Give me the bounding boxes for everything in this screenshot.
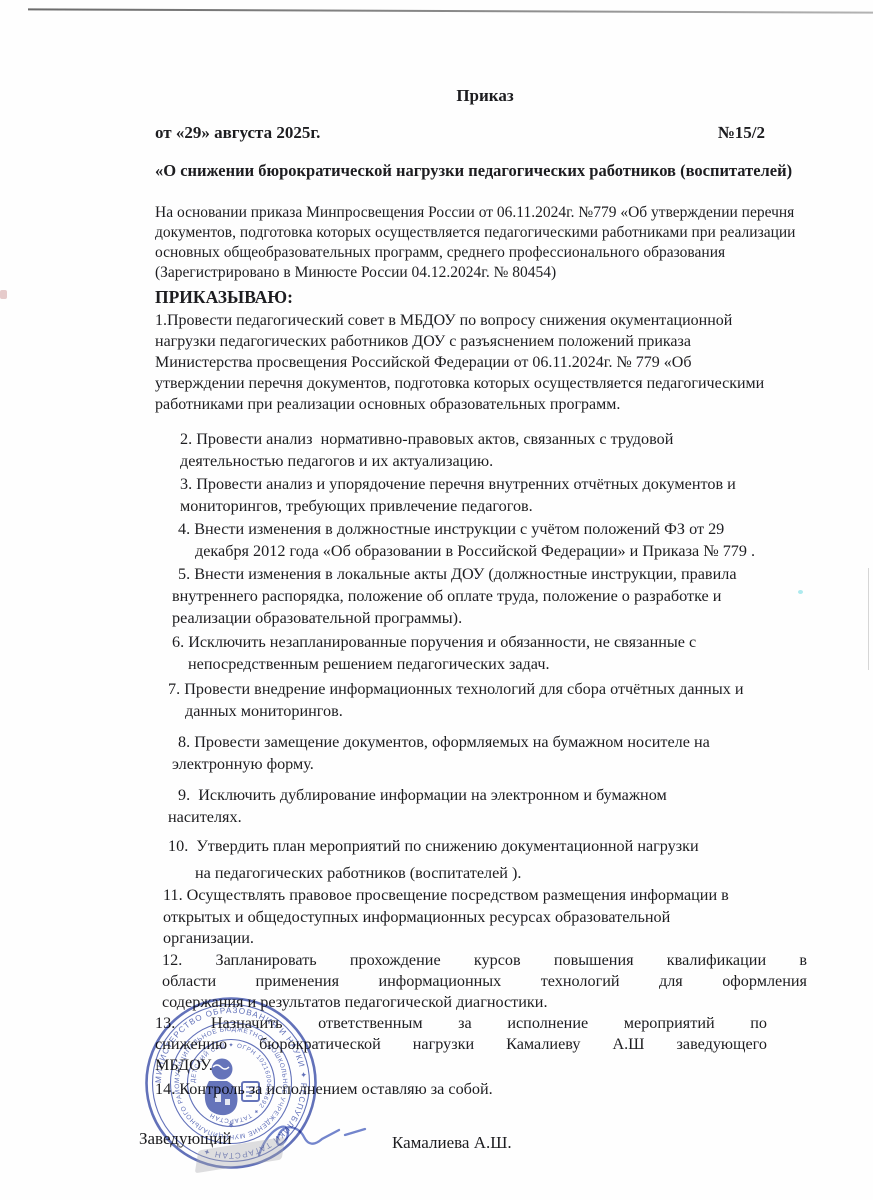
order-heading: ПРИКАЗЫВАЮ: bbox=[155, 286, 815, 308]
document-title: Приказ bbox=[155, 86, 815, 106]
order-item-4: 4. Внести изменения в должностные инстру… bbox=[178, 518, 815, 562]
order-item-7: 7. Провести внедрение информационных тех… bbox=[168, 678, 815, 722]
item-line: 10. Утвердить план мероприятий по снижен… bbox=[168, 835, 815, 857]
preamble: На основании приказа Минпросвещения Росс… bbox=[155, 203, 815, 283]
item-line: декабря 2012 года «Об образовании в Росс… bbox=[195, 540, 815, 562]
scanned-order-page: Приказ от «29» августа 2025г. №15/2 «О с… bbox=[0, 0, 873, 1200]
item-line: насителях. bbox=[168, 806, 815, 828]
order-item-3: 3. Провести анализ и упорядочение перечн… bbox=[180, 473, 815, 517]
order-item-10: 10. Утвердить план мероприятий по снижен… bbox=[168, 835, 815, 884]
item-line: 12. Запланировать прохождение курсов пов… bbox=[162, 950, 807, 971]
preamble-line: документов, подготовка которых осуществл… bbox=[155, 223, 815, 243]
signer-name: Камалиева А.Ш. bbox=[392, 1131, 512, 1155]
order-item-2: 2. Провести анализ нормативно-правовых а… bbox=[180, 428, 815, 472]
order-item-9: 9. Исключить дублирование информации на … bbox=[168, 784, 815, 828]
item-line: Министерства просвещения Российской Феде… bbox=[155, 352, 815, 373]
item-line: области применения информационных технол… bbox=[162, 971, 807, 992]
order-item-6: 6. Исключить незапланированные поручения… bbox=[172, 631, 815, 675]
item-line: 7. Провести внедрение информационных тех… bbox=[168, 678, 815, 700]
item-line: внутреннего распорядка, положение об опл… bbox=[172, 585, 815, 607]
meta-row: от «29» августа 2025г. №15/2 bbox=[155, 123, 815, 143]
item-line: нагрузки педагогических работников ДОУ с… bbox=[155, 331, 815, 352]
order-item-11: 11. Осуществлять правовое просвещение по… bbox=[163, 885, 815, 950]
item-line: деятельностью педагогов и их актуализаци… bbox=[180, 450, 815, 472]
item-line: 1.Провести педагогический совет в МБДОУ … bbox=[155, 310, 815, 331]
item-line: реализации образовательной программы). bbox=[172, 607, 815, 629]
item-line: организации. bbox=[163, 928, 815, 950]
preamble-line: На основании приказа Минпросвещения Росс… bbox=[155, 203, 815, 223]
item-line: 4. Внести изменения в должностные инстру… bbox=[178, 518, 815, 540]
order-date: от «29» августа 2025г. bbox=[155, 123, 320, 143]
item-line: 2. Провести анализ нормативно-правовых а… bbox=[180, 428, 815, 450]
preamble-line: основных общеобразовательных программ, с… bbox=[155, 243, 815, 263]
item-line: на педагогических работников (воспитател… bbox=[195, 862, 815, 884]
item-line: данных мониторингов. bbox=[185, 700, 815, 722]
item-line: 6. Исключить незапланированные поручения… bbox=[172, 631, 815, 653]
order-subject: «О снижении бюрократической нагрузки пед… bbox=[155, 160, 815, 182]
scan-speck bbox=[0, 290, 7, 299]
item-line: электронную форму. bbox=[172, 753, 815, 775]
item-line: мониторингов, требующих привлечение педа… bbox=[180, 495, 815, 517]
order-number: №15/2 bbox=[718, 123, 765, 143]
item-line: 9. Исключить дублирование информации на … bbox=[178, 784, 815, 806]
item-line: утверждении перечня документов, подготов… bbox=[155, 373, 815, 394]
scan-edge-artifact bbox=[868, 568, 869, 670]
item-line: 3. Провести анализ и упорядочение перечн… bbox=[180, 473, 815, 495]
order-item-5: 5. Внести изменения в локальные акты ДОУ… bbox=[172, 563, 815, 629]
item-line: работниками при реализации основных обра… bbox=[155, 394, 815, 415]
item-line: 5. Внести изменения в локальные акты ДОУ… bbox=[178, 563, 815, 585]
order-item-1: 1.Провести педагогический совет в МБДОУ … bbox=[155, 310, 815, 415]
preamble-line: (Зарегистрировано в Минюсте России 04.12… bbox=[155, 263, 815, 283]
item-line: 8. Провести замещение документов, оформл… bbox=[178, 731, 815, 753]
order-item-8: 8. Провести замещение документов, оформл… bbox=[172, 731, 815, 775]
item-line: 11. Осуществлять правовое просвещение по… bbox=[163, 885, 815, 907]
item-line: непосредственным решением педагогических… bbox=[188, 653, 815, 675]
item-line: открытых и общедоступных информационных … bbox=[163, 907, 815, 929]
stamp-center-mark: ✶ bbox=[227, 1120, 235, 1130]
